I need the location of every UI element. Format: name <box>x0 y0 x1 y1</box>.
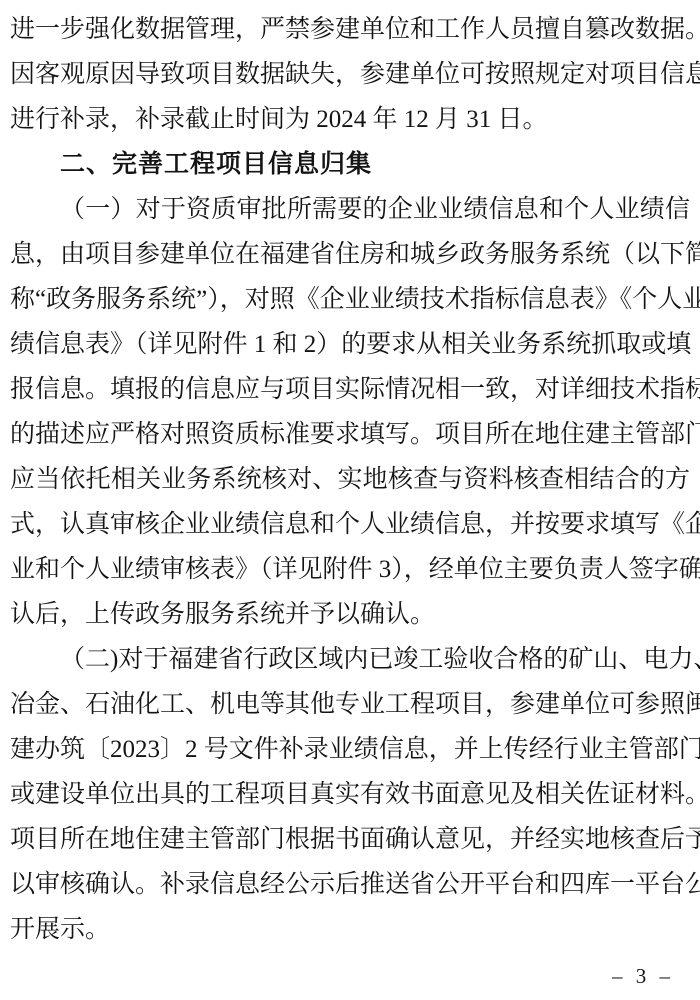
text-line: 业和个人业绩审核表》（详见附件 3），经单位主要负责人签字确 <box>10 547 690 592</box>
text-line: （一）对于资质审批所需要的企业业绩信息和个人业绩信 <box>10 187 690 232</box>
text-line: 建办筑〔2023〕2 号文件补录业绩信息，并上传经行业主管部门 <box>10 727 690 772</box>
text-line: 式，认真审核企业业绩信息和个人业绩信息，并按要求填写《企 <box>10 502 690 547</box>
text-line: （二)对于福建省行政区域内已竣工验收合格的矿山、电力、 <box>10 637 690 682</box>
page-footer: – 3 – <box>10 964 690 989</box>
paragraph-item-one: （一）对于资质审批所需要的企业业绩信息和个人业绩信 息，由项目参建单位在福建省住… <box>10 187 690 637</box>
text-line: 息，由项目参建单位在福建省住房和城乡政务服务系统（以下简 <box>10 232 690 277</box>
section-heading-block: 二、完善工程项目信息归集 <box>10 142 690 187</box>
document-page: 进一步强化数据管理，严禁参建单位和工作人员擅自篡改数据。 因客观原因导致项目数据… <box>0 0 700 1000</box>
text-line: 绩信息表》（详见附件 1 和 2）的要求从相关业务系统抓取或填 <box>10 322 690 367</box>
text-line: 冶金、石油化工、机电等其他专业工程项目，参建单位可参照闽 <box>10 682 690 727</box>
text-line: 进行补录，补录截止时间为 2024 年 12 月 31 日。 <box>10 97 690 142</box>
text-line: 应当依托相关业务系统核对、实地核查与资料核查相结合的方 <box>10 457 690 502</box>
text-line: 的描述应严格对照资质标准要求填写。项目所在地住建主管部门 <box>10 412 690 457</box>
text-line: 或建设单位出具的工程项目真实有效书面意见及相关佐证材料。 <box>10 772 690 817</box>
text-line: 报信息。填报的信息应与项目实际情况相一致，对详细技术指标 <box>10 367 690 412</box>
text-line: 项目所在地住建主管部门根据书面确认意见，并经实地核查后予 <box>10 817 690 862</box>
paragraph-data-management: 进一步强化数据管理，严禁参建单位和工作人员擅自篡改数据。 因客观原因导致项目数据… <box>10 7 690 142</box>
page-number: – 3 – <box>612 964 674 988</box>
text-line: 进一步强化数据管理，严禁参建单位和工作人员擅自篡改数据。 <box>10 7 690 52</box>
text-line: 开展示。 <box>10 907 690 952</box>
section-heading: 二、完善工程项目信息归集 <box>10 142 690 187</box>
text-line: 以审核确认。补录信息经公示后推送省公开平台和四库一平台公 <box>10 862 690 907</box>
text-line: 认后，上传政务服务系统并予以确认。 <box>10 592 690 637</box>
text-line: 称“政务服务系统”），对照《企业业绩技术指标信息表》《个人业 <box>10 277 690 322</box>
paragraph-item-two: （二)对于福建省行政区域内已竣工验收合格的矿山、电力、 冶金、石油化工、机电等其… <box>10 637 690 952</box>
text-line: 因客观原因导致项目数据缺失，参建单位可按照规定对项目信息 <box>10 52 690 97</box>
